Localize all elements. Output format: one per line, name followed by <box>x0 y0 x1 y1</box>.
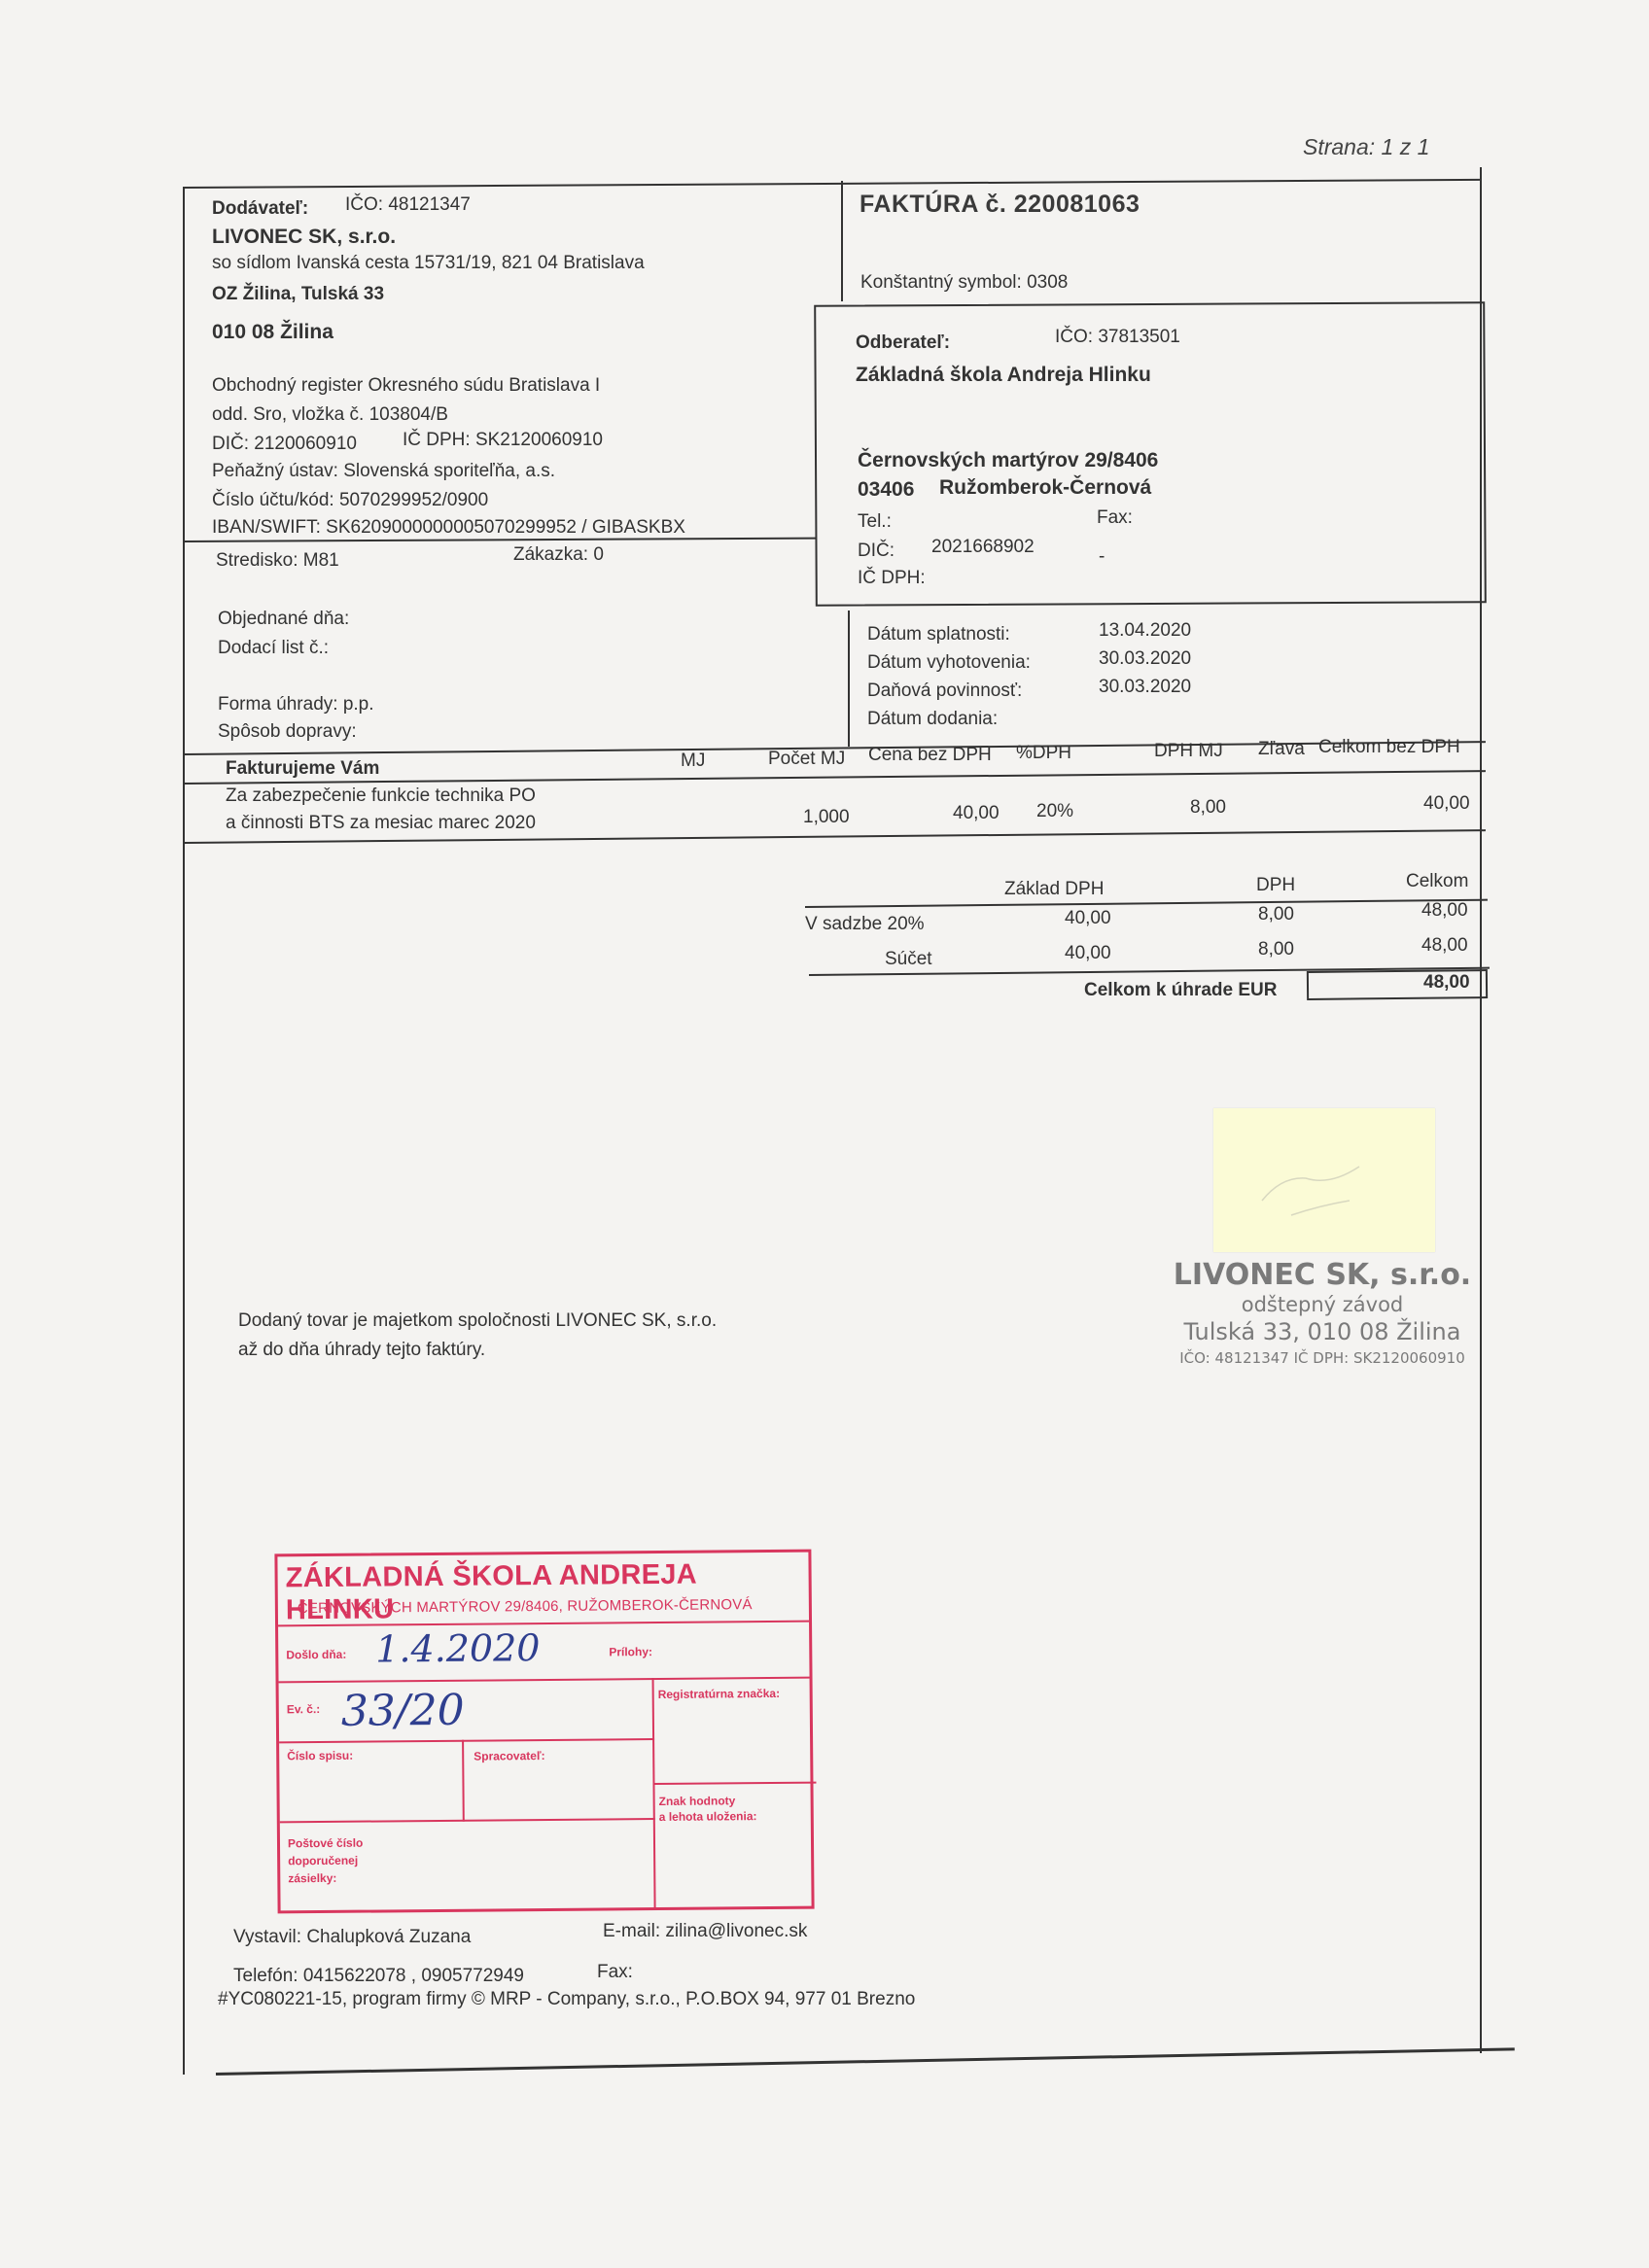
items-header-description: Fakturujeme Vám <box>226 758 379 780</box>
page-counter: Strana: 1 z 1 <box>1303 134 1429 160</box>
ev-label: Ev. č.: <box>287 1702 321 1716</box>
frame-top <box>183 179 1480 189</box>
buyer-dic-label: DIČ: <box>858 541 895 562</box>
grand-total-label: Celkom k úhrade EUR <box>1084 980 1278 1001</box>
sticky-note <box>1213 1108 1435 1252</box>
items-header-price: Cena bez DPH <box>868 745 992 766</box>
issued-by: Vystavil: Chalupková Zuzana <box>233 1927 471 1948</box>
postal-label-1: Poštové číslo <box>288 1836 363 1851</box>
delivery-note: Dodací list č.: <box>218 638 329 659</box>
dates-left-rule <box>848 611 850 747</box>
ownership-note-line-2: až do dňa úhrady tejto faktúry. <box>238 1340 485 1361</box>
buyer-label: Odberateľ: <box>856 332 950 354</box>
item-qty: 1,000 <box>803 807 850 828</box>
buyer-zip: 03406 <box>858 478 914 502</box>
postal-label-3: zásielky: <box>288 1871 336 1885</box>
date-tax-label: Daňová povinnosť: <box>867 680 1022 702</box>
date-due-label: Dátum splatnosti: <box>867 624 1010 646</box>
payment-method: Forma úhrady: p.p. <box>218 694 374 715</box>
date-tax-value: 30.03.2020 <box>1099 677 1191 698</box>
supplier-branch: OZ Žilina, Tulská 33 <box>212 284 384 305</box>
registry-stamp-title: ZÁKLADNÁ ŠKOLA ANDREJA HLINKU <box>285 1558 809 1627</box>
supplier-ic-dph: IČ DPH: SK2120060910 <box>403 430 603 451</box>
items-header-total: Celkom bez DPH <box>1318 737 1460 758</box>
summary-row-sum-total: 48,00 <box>1421 935 1468 957</box>
company-stamp-ids: IČO: 48121347 IČ DPH: SK2120060910 <box>1147 1349 1497 1367</box>
items-header-discount: Zľava <box>1258 739 1305 760</box>
company-stamp-name: LIVONEC SK, s.r.o. <box>1147 1258 1497 1292</box>
item-description-line-1: Za zabezpečenie funkcie technika PO <box>226 785 536 807</box>
buyer-name: Základná škola Andreja Hlinku <box>856 364 1151 387</box>
transport-method: Spôsob dopravy: <box>218 721 357 743</box>
buyer-street: Černovských martýrov 29/8406 <box>858 449 1158 472</box>
supplier-label: Dodávateľ: <box>212 198 308 220</box>
ordered-on: Objednané dňa: <box>218 609 349 630</box>
processor-label: Spracovateľ: <box>474 1749 544 1763</box>
supplier-name: LIVONEC SK, s.r.o. <box>212 226 396 249</box>
supplier-register-2: odd. Sro, vložka č. 103804/B <box>212 404 448 426</box>
buyer-tel-label: Tel.: <box>858 511 892 533</box>
item-vat-pct: 20% <box>1036 801 1073 822</box>
items-header-vat-pct: %DPH <box>1016 743 1071 764</box>
footer-phone: Telefón: 0415622078 , 0905772949 <box>233 1966 524 1987</box>
received-label: Došlo dňa: <box>286 1648 346 1662</box>
buyer-ico: IČO: 37813501 <box>1055 327 1180 348</box>
items-header-qty: Počet MJ <box>768 749 845 770</box>
item-vat-unit: 8,00 <box>1190 797 1226 819</box>
footer-email[interactable]: E-mail: zilina@livonec.sk <box>603 1921 807 1942</box>
summary-row-rate-vat: 8,00 <box>1258 904 1294 925</box>
summary-row-rate-total: 48,00 <box>1421 900 1468 922</box>
pencil-scribble-icon <box>1213 1108 1435 1252</box>
ev-value: 33/20 <box>341 1686 465 1736</box>
supplier-city: 010 08 Žilina <box>212 321 333 344</box>
file-no-label: Číslo spisu: <box>287 1749 353 1763</box>
zakazka: Zákazka: 0 <box>513 544 604 566</box>
item-description-line-2: a činnosti BTS za mesiac marec 2020 <box>226 813 536 834</box>
summary-row-sum-vat: 8,00 <box>1258 939 1294 960</box>
footer-fax: Fax: <box>597 1962 633 1983</box>
supplier-iban: IBAN/SWIFT: SK6209000000005070299952 / G… <box>212 517 685 539</box>
grand-total-value: 48,00 <box>1423 972 1470 994</box>
footer-software: #YC080221-15, program firmy © MRP - Comp… <box>218 1989 915 2010</box>
value-mark-label-2: a lehota uloženia: <box>659 1809 757 1824</box>
company-stamp-address: Tulská 33, 010 08 Žilina <box>1147 1318 1497 1345</box>
items-header-unit: MJ <box>681 750 705 772</box>
buyer-city: Ružomberok-Černová <box>939 476 1151 500</box>
frame-divider-header <box>841 181 843 301</box>
ownership-note-line-1: Dodaný tovar je majetkom spoločnosti LIV… <box>238 1310 717 1332</box>
supplier-dic: DIČ: 2120060910 <box>212 434 357 455</box>
date-issued-value: 30.03.2020 <box>1099 648 1191 670</box>
supplier-ico: IČO: 48121347 <box>345 194 471 216</box>
items-header-bottom <box>185 770 1486 785</box>
summary-header-rule <box>805 899 1488 908</box>
supplier-bank: Peňažný ústav: Slovenská sporiteľňa, a.s… <box>212 461 555 482</box>
date-issued-label: Dátum vyhotovenia: <box>867 652 1031 674</box>
supplier-register-1: Obchodný register Okresného súdu Bratisl… <box>212 375 600 397</box>
invoice-title: FAKTÚRA č. 220081063 <box>860 191 1140 219</box>
summary-row-sum-label: Súčet <box>885 949 932 970</box>
buyer-dash: - <box>1099 546 1105 568</box>
constant-symbol: Konštantný symbol: 0308 <box>860 272 1068 294</box>
postal-label-2: doporučenej <box>288 1854 358 1868</box>
buyer-ic-dph-label: IČ DPH: <box>858 568 926 589</box>
summary-row-rate-base: 40,00 <box>1065 908 1111 929</box>
buyer-fax-label: Fax: <box>1097 507 1133 529</box>
stredisko: Stredisko: M81 <box>216 550 339 572</box>
registry-mark-label: Registratúrna značka: <box>658 1687 780 1701</box>
supplier-seat: so sídlom Ivanská cesta 15731/19, 821 04… <box>212 253 645 274</box>
summary-header-vat: DPH <box>1256 875 1295 896</box>
items-header-vat-unit: DPH MJ <box>1154 741 1223 762</box>
date-due-value: 13.04.2020 <box>1099 620 1191 642</box>
received-value: 1.4.2020 <box>375 1626 541 1670</box>
company-stamp-branch: odštepný závod <box>1147 1293 1497 1316</box>
buyer-dic: 2021668902 <box>931 537 1035 558</box>
supplier-account: Číslo účtu/kód: 5070299952/0900 <box>212 490 488 511</box>
value-mark-label-1: Znak hodnoty <box>659 1794 736 1808</box>
summary-header-total: Celkom <box>1406 871 1468 892</box>
frame-bottom <box>216 2047 1515 2076</box>
summary-row-rate-label: V sadzbe 20% <box>805 914 925 935</box>
frame-left <box>183 189 185 2075</box>
summary-row-sum-base: 40,00 <box>1065 943 1111 964</box>
date-delivery-label: Dátum dodania: <box>867 709 998 730</box>
attachments-label: Prílohy: <box>609 1645 652 1658</box>
registry-stamp: ZÁKLADNÁ ŠKOLA ANDREJA HLINKU ČERNOVSKÝC… <box>274 1550 814 1914</box>
item-price: 40,00 <box>953 803 1000 824</box>
item-total: 40,00 <box>1423 793 1470 815</box>
summary-header-base: Základ DPH <box>1004 879 1104 900</box>
